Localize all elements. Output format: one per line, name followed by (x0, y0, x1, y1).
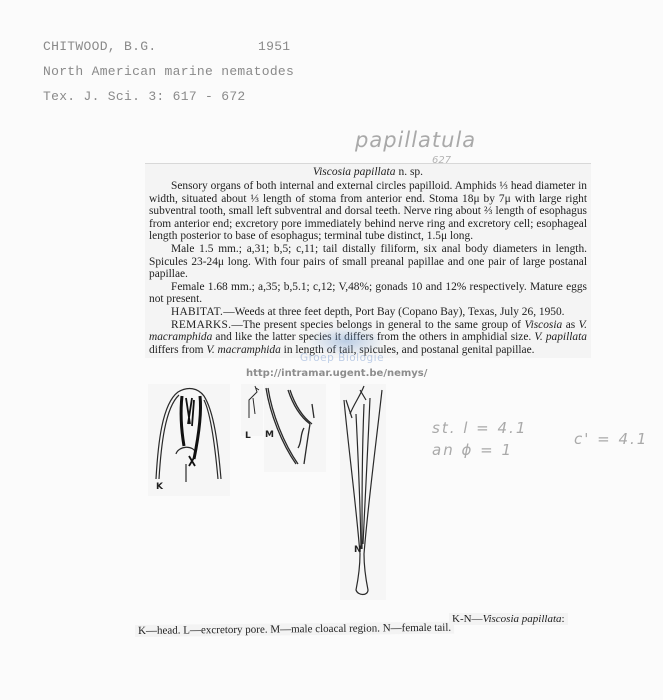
description-paragraph: Sensory organs of both internal and exte… (149, 180, 587, 243)
figure-m-male-cloacal-drawing (264, 384, 326, 472)
male-paragraph: Male 1.5 mm.; a,31; b,5; c,11; tail dist… (149, 243, 587, 281)
figure-label-k: K (156, 482, 163, 492)
figure-caption-legend: K—head. L—excretory pore. M—male cloacal… (135, 622, 454, 637)
handwritten-c-prime-note: c' = 4.1 (574, 430, 648, 448)
figure-n-female-tail-drawing (340, 384, 386, 600)
remarks-text: —The present species belongs in general … (231, 319, 524, 331)
female-paragraph: Female 1.68 mm.; a,35; b,5.1; c,12; V,48… (149, 281, 587, 306)
figure-label-n: N (354, 545, 362, 555)
caption-species: Viscosia papillata (483, 613, 562, 625)
remarks-label: REMARKS. (171, 319, 231, 331)
remarks-text: and like the latter species it differs f… (212, 331, 534, 343)
handwritten-species-correction: papillatula (355, 128, 476, 152)
work-title: North American marine nematodes (43, 59, 294, 84)
species-ref: V. papillata (534, 331, 587, 343)
handwritten-anal-diameter-note: an ϕ = 1 (432, 441, 513, 459)
year: 1951 (258, 34, 290, 59)
habitat-text: —Weeds at three feet depth, Port Bay (Co… (223, 306, 564, 318)
habitat-paragraph: HABITAT.—Weeds at three feet depth, Port… (149, 306, 587, 319)
watermark-group-text: Groep Biologie (300, 352, 384, 364)
habitat-label: HABITAT. (171, 306, 223, 318)
figure-label-l: L (245, 431, 251, 441)
remarks-text: as (562, 319, 578, 331)
species-heading: Viscosia papillatan. sp. (149, 166, 587, 179)
figure-k-head-drawing (148, 384, 230, 496)
journal-citation: Tex. J. Sci. 3: 617 - 672 (43, 84, 294, 109)
handwritten-stoma-length-note: st. l = 4.1 (432, 419, 527, 437)
species-suffix: n. sp. (398, 166, 423, 178)
caption-colon: : (562, 613, 565, 625)
genus-name: Viscosia (524, 319, 562, 331)
figure-label-m: M (265, 430, 274, 440)
remarks-paragraph: REMARKS.—The present species belongs in … (149, 319, 587, 357)
species-name: Viscosia papillata (313, 166, 396, 178)
article-clipping: Viscosia papillatan. sp. Sensory organs … (145, 163, 591, 358)
figure-l-excretory-pore-drawing (241, 384, 263, 436)
card-reference: CHITWOOD, B.G. 1951 North American marin… (43, 34, 294, 109)
figure-caption-title: K-N—Viscosia papillata: (449, 613, 568, 625)
author: CHITWOOD, B.G. (43, 34, 294, 59)
remarks-text: differs from (149, 344, 206, 356)
species-ref: V. macramphida (206, 344, 280, 356)
watermark-url: http://intramar.ugent.be/nemys/ (246, 368, 427, 379)
caption-range: K-N— (452, 613, 483, 625)
